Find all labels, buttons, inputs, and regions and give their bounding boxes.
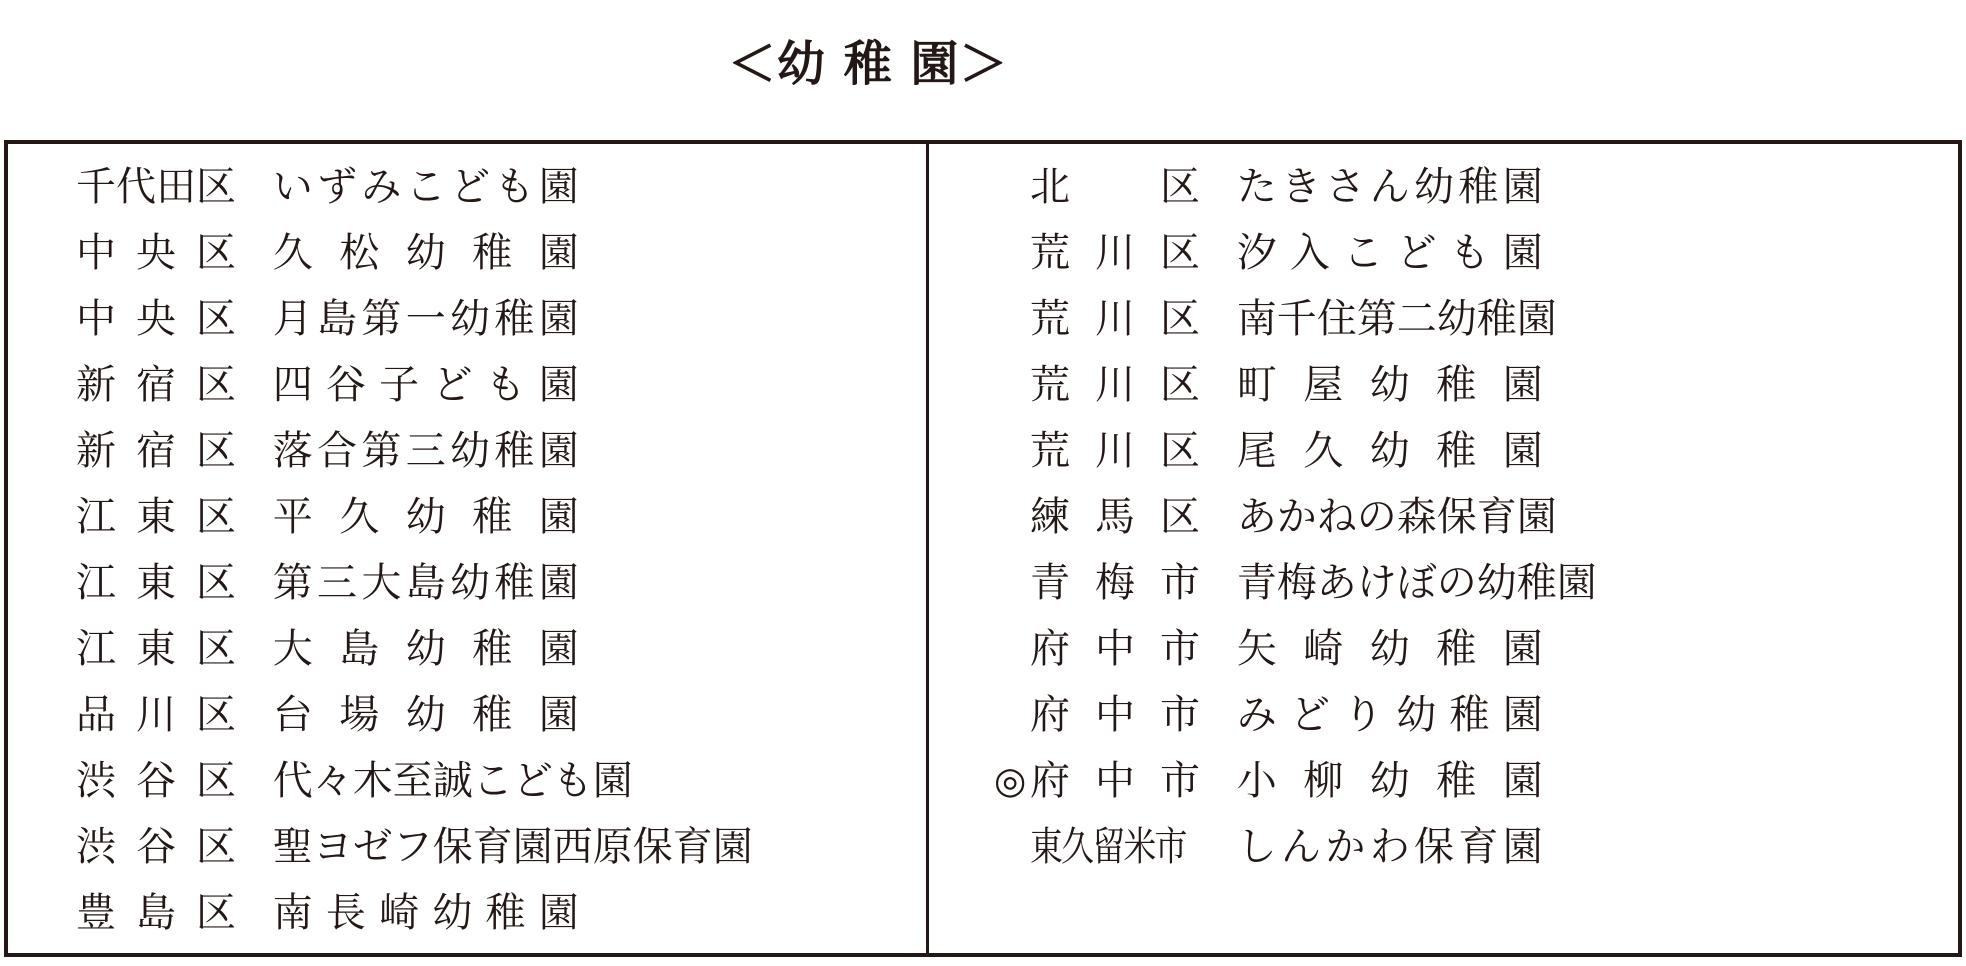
ward-name: 江東区 (76, 550, 236, 616)
ward-name: 荒川区 (1030, 220, 1200, 286)
facility-name: 久松幼稚園 (273, 220, 579, 286)
facility-name: 汐入こども園 (1237, 220, 1543, 286)
ward-name: 東久留米市 (1030, 814, 1169, 880)
facility-list-box: 千代田区 いずみこども園 中央区 久松幼稚園 中央区 月島第一幼稚園 新宿区 四… (4, 140, 1962, 957)
facility-name: 南千住第二幼稚園 (1237, 286, 1557, 352)
facility-name: 南長崎幼稚園 (273, 880, 579, 946)
facility-row: 新宿区 落合第三幼稚園 (76, 418, 926, 484)
facility-column-right: 北区 たきさん幼稚園 荒川区 汐入こども園 荒川区 南千住第二幼稚園 荒川区 町… (929, 144, 1958, 953)
selection-mark: ◎ (994, 748, 1026, 814)
facility-row: 荒川区 尾久幼稚園 (1030, 418, 1958, 484)
ward-name: 荒川区 (1030, 352, 1200, 418)
facility-name: たきさん幼稚園 (1237, 154, 1543, 220)
facility-column-left: 千代田区 いずみこども園 中央区 久松幼稚園 中央区 月島第一幼稚園 新宿区 四… (8, 144, 929, 953)
facility-row: 中央区 久松幼稚園 (76, 220, 926, 286)
ward-name: 中央区 (76, 286, 236, 352)
facility-name: 小柳幼稚園 (1237, 748, 1543, 814)
facility-row: 江東区 平久幼稚園 (76, 484, 926, 550)
facility-name: 矢崎幼稚園 (1237, 616, 1543, 682)
ward-name: 中央区 (76, 220, 236, 286)
facility-name: 町屋幼稚園 (1237, 352, 1543, 418)
ward-name: 江東区 (76, 616, 236, 682)
ward-name: 荒川区 (1030, 286, 1200, 352)
facility-row: 荒川区 町屋幼稚園 (1030, 352, 1958, 418)
facility-row: 府中市 みどり幼稚園 (1030, 682, 1958, 748)
facility-name: 大島幼稚園 (273, 616, 579, 682)
facility-name: しんかわ保育園 (1237, 814, 1543, 880)
facility-row: 渋谷区 聖ヨゼフ保育園西原保育園 (76, 814, 926, 880)
ward-name: 北区 (1030, 154, 1200, 220)
ward-name: 渋谷区 (76, 814, 236, 880)
facility-row: 新宿区 四谷子ども園 (76, 352, 926, 418)
facility-name: 四谷子ども園 (273, 352, 579, 418)
ward-name: 品川区 (76, 682, 236, 748)
facility-name: 月島第一幼稚園 (273, 286, 579, 352)
facility-row: 北区 たきさん幼稚園 (1030, 154, 1958, 220)
ward-name: 府中市 (1030, 616, 1200, 682)
ward-name: 千代田区 (76, 154, 236, 220)
facility-name: みどり幼稚園 (1237, 682, 1543, 748)
facility-name: いずみこども園 (273, 154, 579, 220)
facility-row: 中央区 月島第一幼稚園 (76, 286, 926, 352)
ward-name: 新宿区 (76, 418, 236, 484)
ward-name: 豊島区 (76, 880, 236, 946)
facility-row: 青梅市 青梅あけぼの幼稚園 (1030, 550, 1958, 616)
facility-row: 練馬区 あかねの森保育園 (1030, 484, 1958, 550)
facility-row: 荒川区 南千住第二幼稚園 (1030, 286, 1958, 352)
facility-name: 代々木至誠こども園 (273, 748, 633, 814)
facility-row: 江東区 第三大島幼稚園 (76, 550, 926, 616)
ward-name: 青梅市 (1030, 550, 1200, 616)
facility-name: 平久幼稚園 (273, 484, 579, 550)
facility-name: あかねの森保育園 (1237, 484, 1557, 550)
facility-row: 荒川区 汐入こども園 (1030, 220, 1958, 286)
scanned-document-page: ＜幼 稚 園＞ 千代田区 いずみこども園 中央区 久松幼稚園 中央区 月島第一幼… (0, 0, 1966, 966)
facility-name: 落合第三幼稚園 (273, 418, 579, 484)
facility-row: 千代田区 いずみこども園 (76, 154, 926, 220)
page-title: ＜幼 稚 園＞ (728, 40, 1008, 88)
facility-row: 豊島区 南長崎幼稚園 (76, 880, 926, 946)
facility-row: 府中市 矢崎幼稚園 (1030, 616, 1958, 682)
facility-name: 尾久幼稚園 (1237, 418, 1543, 484)
facility-row: 品川区 台場幼稚園 (76, 682, 926, 748)
ward-name: 新宿区 (76, 352, 236, 418)
facility-name: 第三大島幼稚園 (273, 550, 579, 616)
facility-row: 江東区 大島幼稚園 (76, 616, 926, 682)
facility-row: 東久留米市 しんかわ保育園 (1030, 814, 1958, 880)
ward-name: 江東区 (76, 484, 236, 550)
ward-name: 練馬区 (1030, 484, 1200, 550)
facility-name: 台場幼稚園 (273, 682, 579, 748)
facility-name: 青梅あけぼの幼稚園 (1237, 550, 1597, 616)
ward-name: 渋谷区 (76, 748, 236, 814)
ward-name: 府中市 (1030, 748, 1200, 814)
ward-name: 府中市 (1030, 682, 1200, 748)
facility-name: 聖ヨゼフ保育園西原保育園 (273, 814, 753, 880)
ward-name: 荒川区 (1030, 418, 1200, 484)
facility-row: ◎ 府中市 小柳幼稚園 (1030, 748, 1958, 814)
facility-row: 渋谷区 代々木至誠こども園 (76, 748, 926, 814)
